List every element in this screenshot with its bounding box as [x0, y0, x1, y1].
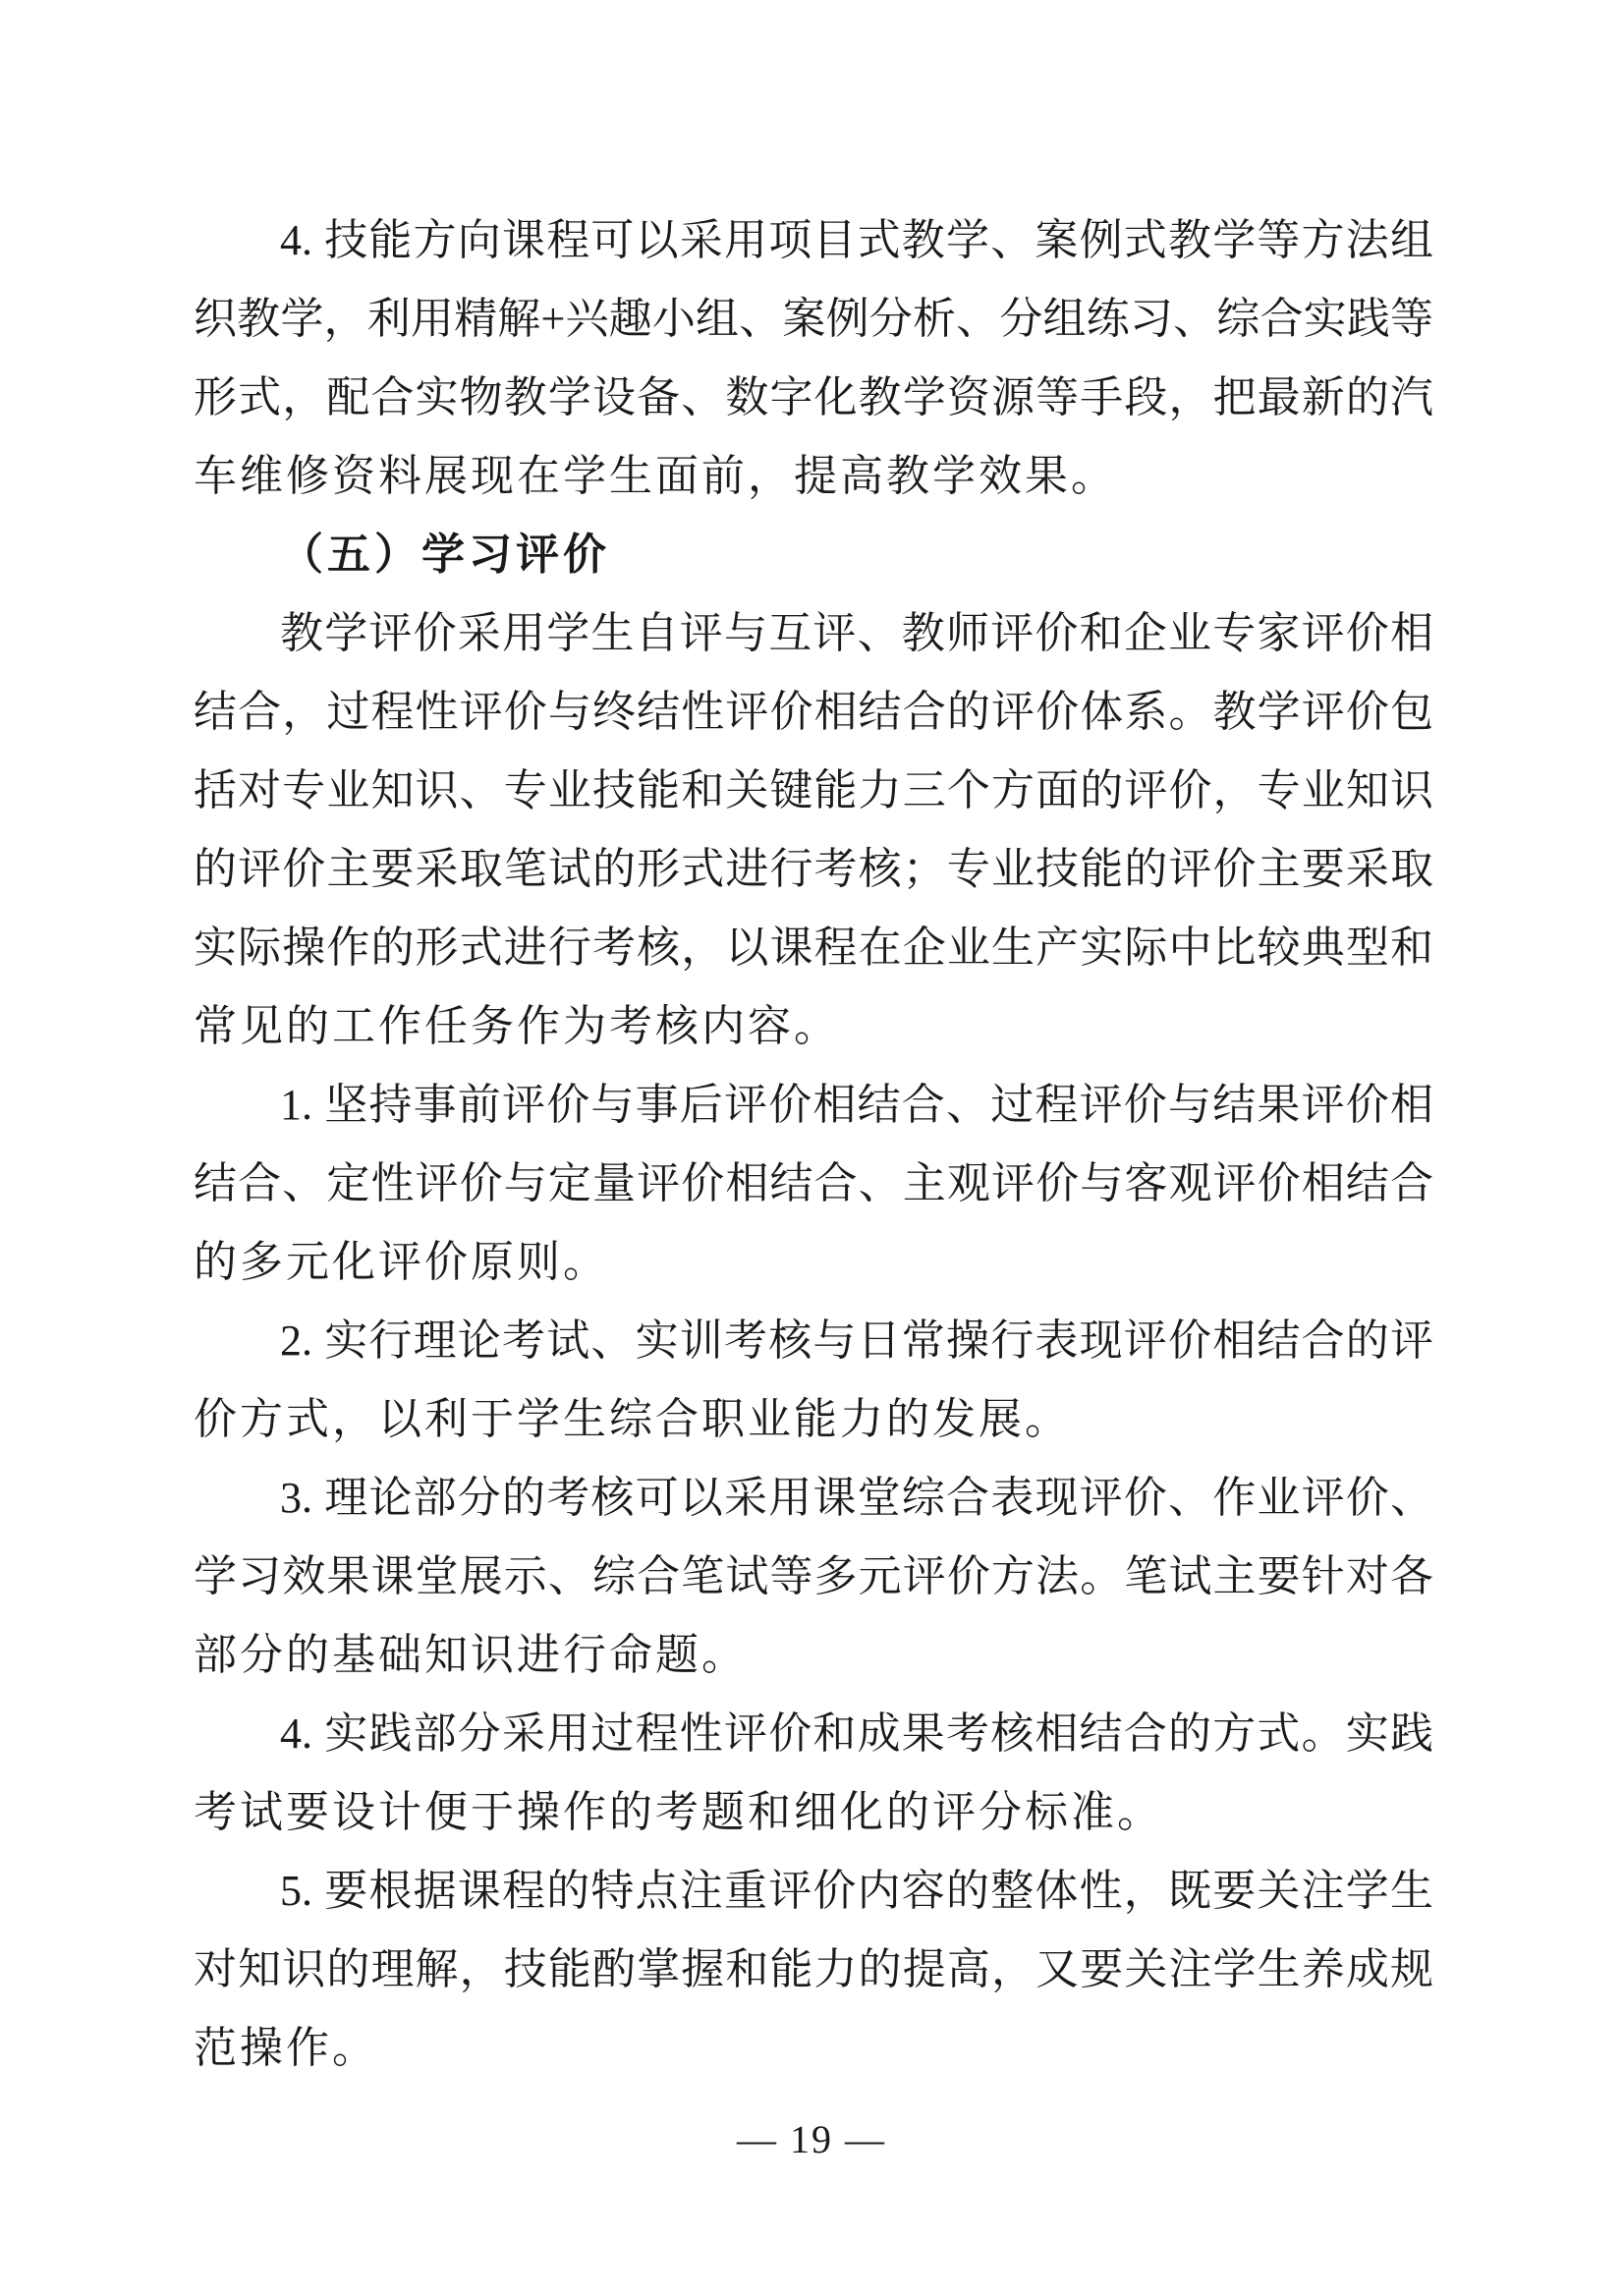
- paragraph-item-3-theory-assessment: 3. 理论部分的考核可以采用课堂综合表现评价、作业评价、学习效果课堂展示、综合笔…: [194, 1459, 1433, 1695]
- text-line: 价方式，以利于学生综合职业能力的发展。: [194, 1380, 1433, 1459]
- page-number: — 19 —: [737, 2117, 886, 2161]
- text-line: 4. 技能方向课程可以采用项目式教学、案例式教学等方法组: [194, 201, 1433, 280]
- paragraph-item-1-principles: 1. 坚持事前评价与事后评价相结合、过程评价与结果评价相结合、定性评价与定量评价…: [194, 1066, 1433, 1302]
- text-line: 实际操作的形式进行考核，以课程在企业生产实际中比较典型和: [194, 909, 1433, 987]
- text-line: 对知识的理解，技能酌掌握和能力的提高，又要关注学生养成规: [194, 1931, 1433, 2009]
- text-line: 的多元化评价原则。: [194, 1223, 1433, 1302]
- text-line: 范操作。: [194, 2009, 1433, 2088]
- document-content: 4. 技能方向课程可以采用项目式教学、案例式教学等方法组织教学，利用精解+兴趣小…: [194, 201, 1433, 2088]
- paragraph-item-4-practice-assessment: 4. 实践部分采用过程性评价和成果考核相结合的方式。实践考试要设计便于操作的考题…: [194, 1695, 1433, 1852]
- paragraph-methods-4: 4. 技能方向课程可以采用项目式教学、案例式教学等方法组织教学，利用精解+兴趣小…: [194, 201, 1433, 516]
- text-line: 3. 理论部分的考核可以采用课堂综合表现评价、作业评价、: [194, 1459, 1433, 1538]
- paragraph-item-2-exam-methods: 2. 实行理论考试、实训考核与日常操行表现评价相结合的评价方式，以利于学生综合职…: [194, 1302, 1433, 1459]
- text-line: 2. 实行理论考试、实训考核与日常操行表现评价相结合的评: [194, 1302, 1433, 1380]
- text-line: 车维修资料展现在学生面前，提高教学效果。: [194, 437, 1433, 516]
- text-line: 部分的基础知识进行命题。: [194, 1616, 1433, 1695]
- text-line: 织教学，利用精解+兴趣小组、案例分析、分组练习、综合实践等: [194, 280, 1433, 359]
- paragraph-item-5-holistic-evaluation: 5. 要根据课程的特点注重评价内容的整体性，既要关注学生对知识的理解，技能酌掌握…: [194, 1852, 1433, 2088]
- heading-section-5-learning-evaluation: （五）学习评价: [194, 516, 1433, 594]
- text-line: 形式，配合实物教学设备、数字化教学资源等手段，把最新的汽: [194, 359, 1433, 437]
- text-line: 4. 实践部分采用过程性评价和成果考核相结合的方式。实践: [194, 1695, 1433, 1773]
- page-footer: — 19 —: [0, 2100, 1623, 2179]
- text-line: 考试要设计便于操作的考题和细化的评分标准。: [194, 1773, 1433, 1852]
- text-line: 括对专业知识、专业技能和关键能力三个方面的评价，专业知识: [194, 752, 1433, 830]
- text-line: 的评价主要采取笔试的形式进行考核；专业技能的评价主要采取: [194, 830, 1433, 909]
- paragraph-evaluation-system: 教学评价采用学生自评与互评、教师评价和企业专家评价相结合，过程性评价与终结性评价…: [194, 594, 1433, 1066]
- text-line: 常见的工作任务作为考核内容。: [194, 987, 1433, 1066]
- text-line: 1. 坚持事前评价与事后评价相结合、过程评价与结果评价相: [194, 1066, 1433, 1145]
- document-page: 4. 技能方向课程可以采用项目式教学、案例式教学等方法组织教学，利用精解+兴趣小…: [0, 0, 1623, 2296]
- text-line: （五）学习评价: [194, 516, 1433, 594]
- text-line: 结合，过程性评价与终结性评价相结合的评价体系。教学评价包: [194, 673, 1433, 752]
- text-line: 学习效果课堂展示、综合笔试等多元评价方法。笔试主要针对各: [194, 1538, 1433, 1616]
- text-line: 5. 要根据课程的特点注重评价内容的整体性，既要关注学生: [194, 1852, 1433, 1931]
- text-line: 结合、定性评价与定量评价相结合、主观评价与客观评价相结合: [194, 1145, 1433, 1223]
- text-line: 教学评价采用学生自评与互评、教师评价和企业专家评价相: [194, 594, 1433, 673]
